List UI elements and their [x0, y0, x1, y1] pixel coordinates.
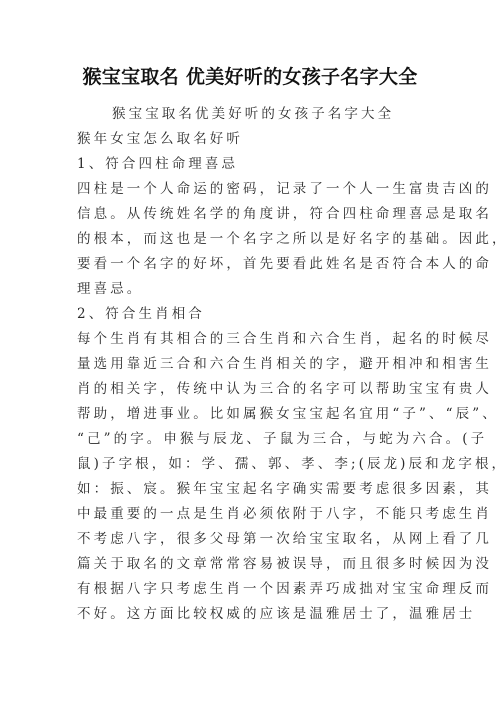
paragraph-line: 理喜忌。 [77, 277, 427, 302]
paragraph-line: 鼠)子字根，如：学、孺、郭、孝、李;(辰龙)辰和龙字根， [77, 452, 427, 477]
paragraph-line: 每个生肖有其相合的三合生肖和六合生肖，起名的时候尽 [77, 327, 427, 352]
paragraph-line: “己”的字。申猴与辰龙、子鼠为三合，与蛇为六合。(子 [77, 427, 427, 452]
subtitle-line: 猴宝宝取名优美好听的女孩子名字大全 [77, 102, 427, 127]
paragraph-line: 不好。这方面比较权威的应该是温雅居士了，温雅居士 [77, 602, 427, 627]
paragraph-line: 帮助，增进事业。比如属猴女宝宝起名宜用“子”、“辰”、 [77, 402, 427, 427]
section-heading-2: 2、符合生肖相合 [77, 302, 427, 327]
paragraph-line: 篇关于取名的文章常常容易被误导，而且很多时候因为没 [77, 552, 427, 577]
document-title: 猴宝宝取名 优美好听的女孩子名字大全 [0, 64, 500, 90]
paragraph-line: 肖的相关字，传统中认为三合的名字可以帮助宝宝有贵人 [77, 377, 427, 402]
document-body: 猴宝宝取名优美好听的女孩子名字大全 猴年女宝怎么取名好听 1、符合四柱命理喜忌 … [77, 102, 427, 627]
paragraph-line: 如：振、宸。猴年宝宝起名字确实需要考虑很多因素，其 [77, 477, 427, 502]
paragraph-line: 信息。从传统姓名学的角度讲，符合四柱命理喜忌是取名 [77, 202, 427, 227]
paragraph-line: 中最重要的一点是生肖必须依附于八字，不能只考虑生肖 [77, 502, 427, 527]
section-heading-1: 1、符合四柱命理喜忌 [77, 152, 427, 177]
paragraph-line: 四柱是一个人命运的密码，记录了一个人一生富贵吉凶的 [77, 177, 427, 202]
paragraph-line: 的根本，而这也是一个名字之所以是好名字的基础。因此， [77, 227, 427, 252]
paragraph-line: 不考虑八字，很多父母第一次给宝宝取名，从网上看了几 [77, 527, 427, 552]
section-heading: 猴年女宝怎么取名好听 [77, 127, 427, 152]
paragraph-line: 要看一个名字的好坏，首先要看此姓名是否符合本人的命 [77, 252, 427, 277]
document-page: 猴宝宝取名 优美好听的女孩子名字大全 猴宝宝取名优美好听的女孩子名字大全 猴年女… [0, 0, 500, 708]
paragraph-line: 有根据八字只考虑生肖一个因素弄巧成拙对宝宝命理反而 [77, 577, 427, 602]
paragraph-line: 量选用靠近三合和六合生肖相关的字，避开相冲和相害生 [77, 352, 427, 377]
